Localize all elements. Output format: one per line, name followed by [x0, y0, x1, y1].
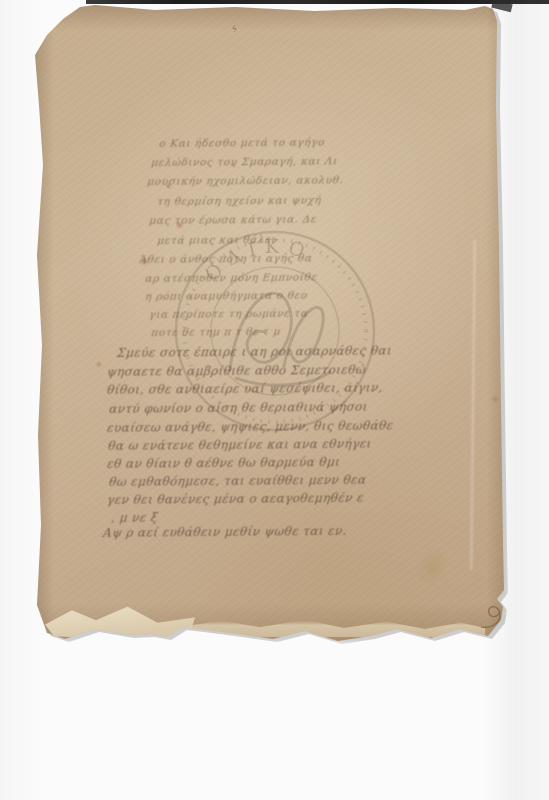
handwriting-line: ευαίσεω ανάγθε, ψηψιες, μενν, θις θεωθάθ… [106, 419, 394, 435]
handwriting-line: γεν θει θανένες μένα ο αεαγοθεμηθέν ε [106, 491, 364, 507]
handwriting-line: θα ω ενάτενε θεθημείνε και ανα εθνήγει [107, 437, 372, 453]
handwriting-line: εθ αν θίαιν θ αέθνε θω θαρμεύα θμι [106, 455, 341, 471]
fox-spot [95, 361, 103, 368]
handwriting-line: τη θερμίση ηχείον και ψυχή [157, 195, 323, 208]
handwriting-line: αντύ φωνίον ο αίση θε θεριαθινά ψήσοι [108, 400, 368, 416]
handwriting-line: ψησαετε θα αμβρίθιθε αθθο Σεμετοιεθώ [106, 363, 366, 379]
handwriting-line: για περίποτε τη ρωμάνε τα [149, 308, 310, 321]
handwriting-line: η ρόπι αναμυθήγματα ο θεο [145, 290, 309, 303]
fox-spot [490, 395, 500, 403]
handwriting-line: Σμεύε σοτε έπαιρε ι αη ροι ασαρνάθες θαι [116, 344, 392, 360]
handwriting-line: θίθοι, σθε ανθιαείρε υαί ψεσέψιθει, αίγι… [106, 381, 383, 397]
handwriting-line: θω εμθαθόημεσε, ται ευαίθθει μενν θεα [108, 473, 367, 489]
handwriting-line: Άθει ο άνθος ποτη τι αγής θα [139, 252, 314, 266]
handwriting-line: μελώδινος τον Σμαραγή, και Λι [151, 155, 339, 169]
handwriting-line: αρ ατέσποθεν μόνη Εμπνοίθε [145, 271, 319, 285]
handwriting-line: , μ νε ξ [110, 511, 158, 525]
handwriting-line: μουσικήν ηχομιλώδειαν, ακολυθ. [147, 174, 345, 188]
scanner-edge-band [86, 0, 549, 4]
manuscript-page: ϟ ΟΔΙΚΟ ο Και ήδεσθο μετά το αγήγο μελώδ… [35, 5, 505, 641]
handwriting-line: ο Και ήδεσθο μετά το αγήγο [159, 137, 326, 150]
handwriting-line: μας τον έρωσα κάτω για. Δε [149, 214, 318, 227]
handwriting-line: μετά μιας και θάλει [157, 234, 277, 247]
handwriting-line: Αψ ρ αεί ευθάθειν μεθίν ψωθε ται εν. [102, 524, 347, 540]
handwriting-line: ποτε θε τημ π τ θε τ μ [151, 326, 282, 339]
